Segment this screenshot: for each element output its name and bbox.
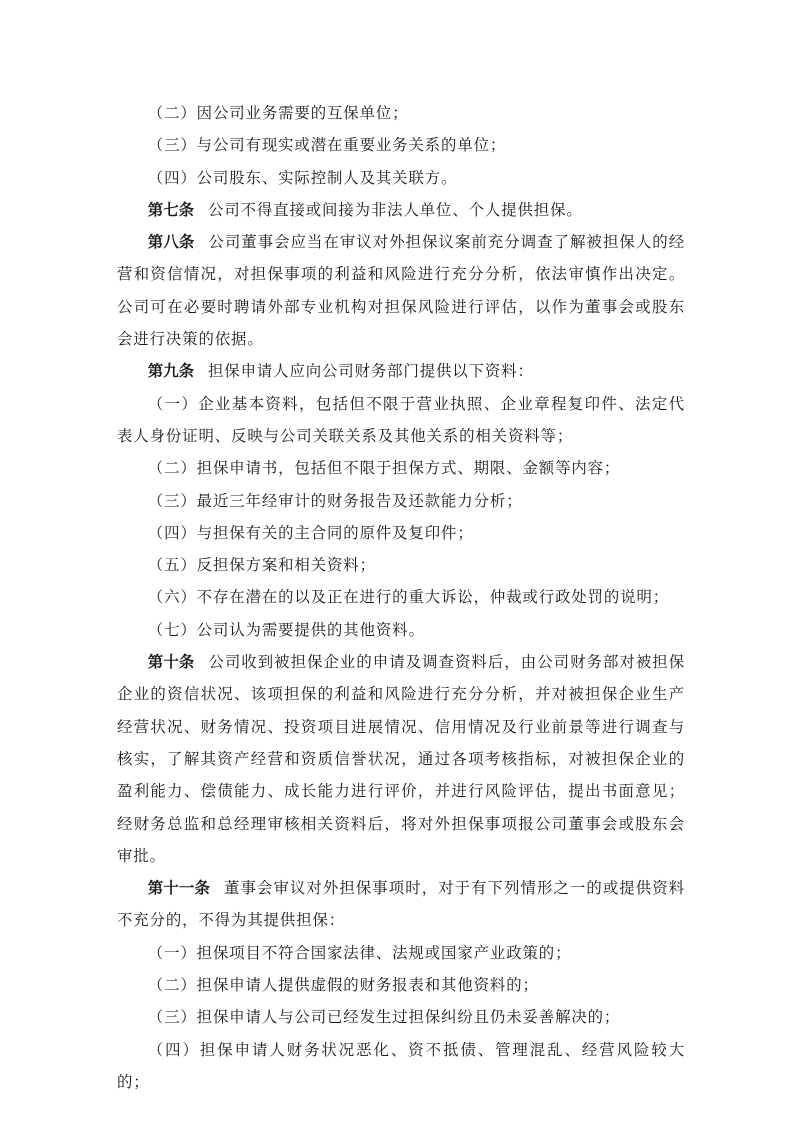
paragraph-text: （四）与担保有关的主合同的原件及复印件； <box>148 524 474 542</box>
paragraph-text: （五）反担保方案和相关资料； <box>148 556 376 574</box>
paragraph-text: （二）担保申请人提供虚假的财务报表和其他资料的； <box>148 976 539 994</box>
list-item: （四）担保申请人财务状况恶化、资不抵债、管理混乱、经营风险较大的； <box>117 1034 685 1099</box>
paragraph-text: 公司董事会应当在审议对外担保议案前充分调查了解被担保人的经营和资信情况，对担保事… <box>117 233 685 348</box>
list-item: （二）担保申请人提供虚假的财务报表和其他资料的； <box>117 969 685 1001</box>
list-item: （五）反担保方案和相关资料； <box>117 549 685 581</box>
paragraph-text: （三）担保申请人与公司已经发生过担保纠纷且仍未妥善解决的； <box>148 1008 620 1026</box>
paragraph-text: 公司收到被担保企业的申请及调查资料后，由公司财务部对被担保企业的资信状况、该项担… <box>117 653 685 865</box>
article-heading: 第七条 <box>148 201 194 219</box>
paragraph-text: （一）企业基本资料，包括但不限于营业执照、企业章程复印件、法定代表人身份证明、反… <box>117 395 685 445</box>
paragraph-text: （三）与公司有现实或潜在重要业务关系的单位； <box>148 136 506 154</box>
article-heading: 第八条 <box>148 233 195 251</box>
article-heading: 第九条 <box>148 362 194 380</box>
list-item: （二）因公司业务需要的互保单位； <box>117 97 685 129</box>
document-page: （二）因公司业务需要的互保单位； （三）与公司有现实或潜在重要业务关系的单位； … <box>117 97 685 1098</box>
list-item: （四）公司股东、实际控制人及其关联方。 <box>117 162 685 194</box>
paragraph-text: （七）公司认为需要提供的其他资料。 <box>148 621 425 639</box>
list-item: （六）不存在潜在的以及正在进行的重大诉讼，仲裁或行政处罚的说明； <box>117 581 685 613</box>
paragraph-text: 公司不得直接或间接为非法人单位、个人提供担保。 <box>208 201 583 219</box>
paragraph-text: （四）公司股东、实际控制人及其关联方。 <box>148 169 458 187</box>
paragraph-text: （四）担保申请人财务状况恶化、资不抵债、管理混乱、经营风险较大的； <box>117 1041 685 1091</box>
paragraph-text: （六）不存在潜在的以及正在进行的重大诉讼，仲裁或行政处罚的说明； <box>148 588 669 606</box>
article-8: 第八条公司董事会应当在审议对外担保议案前充分调查了解被担保人的经营和资信情况，对… <box>117 226 685 355</box>
article-7: 第七条公司不得直接或间接为非法人单位、个人提供担保。 <box>117 194 685 226</box>
paragraph-text: 担保申请人应向公司财务部门提供以下资料： <box>208 362 534 380</box>
list-item: （三）担保申请人与公司已经发生过担保纠纷且仍未妥善解决的； <box>117 1001 685 1033</box>
article-heading: 第十一条 <box>148 879 210 897</box>
paragraph-text: （二）因公司业务需要的互保单位； <box>148 104 409 122</box>
list-item: （一）企业基本资料，包括但不限于营业执照、企业章程复印件、法定代表人身份证明、反… <box>117 388 685 453</box>
list-item: （七）公司认为需要提供的其他资料。 <box>117 614 685 646</box>
paragraph-text: （一）担保项目不符合国家法律、法规或国家产业政策的； <box>148 944 572 962</box>
list-item: （三）与公司有现实或潜在重要业务关系的单位； <box>117 129 685 161</box>
list-item: （二）担保申请书，包括但不限于担保方式、期限、金额等内容； <box>117 452 685 484</box>
list-item: （三）最近三年经审计的财务报告及还款能力分析； <box>117 485 685 517</box>
list-item: （四）与担保有关的主合同的原件及复印件； <box>117 517 685 549</box>
article-heading: 第十条 <box>148 653 195 671</box>
article-9: 第九条担保申请人应向公司财务部门提供以下资料： <box>117 355 685 387</box>
paragraph-text: （二）担保申请书，包括但不限于担保方式、期限、金额等内容； <box>148 459 620 477</box>
list-item: （一）担保项目不符合国家法律、法规或国家产业政策的； <box>117 937 685 969</box>
article-11: 第十一条董事会审议对外担保事项时，对于有下列情形之一的或提供资料不充分的，不得为… <box>117 872 685 937</box>
article-10: 第十条公司收到被担保企业的申请及调查资料后，由公司财务部对被担保企业的资信状况、… <box>117 646 685 872</box>
paragraph-text: （三）最近三年经审计的财务报告及还款能力分析； <box>148 492 523 510</box>
